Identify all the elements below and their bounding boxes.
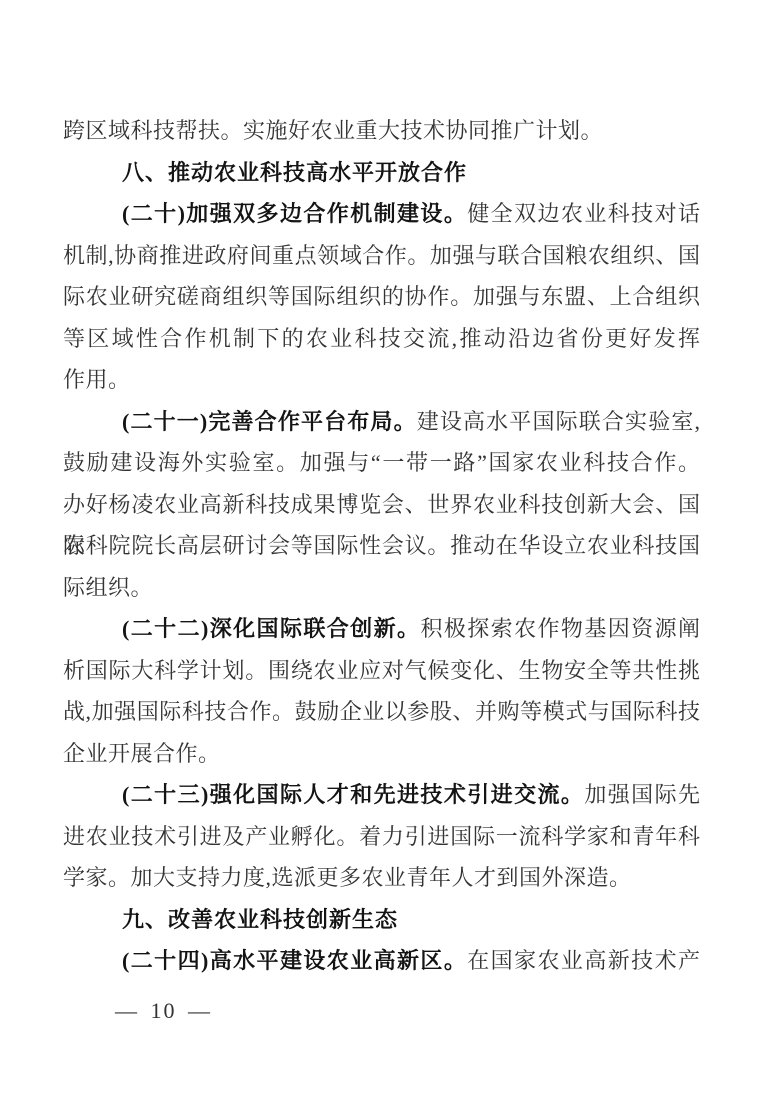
body-line: 跨区域科技帮扶。实施好农业重大技术协同推广计划。: [63, 110, 700, 152]
paragraph-line: (二十二)深化国际联合创新。积极探索农作物基因资源阐: [63, 608, 700, 650]
body-line: 作用。: [63, 359, 700, 401]
page-number-footer: — 10 —: [115, 999, 212, 1023]
body-line: 际农业研究磋商组织等国际组织的协作。加强与东盟、上合组织: [63, 276, 700, 318]
body-line: 机制,协商推进政府间重点领域合作。加强与联合国粮农组织、国: [63, 235, 700, 277]
body-line: 战,加强国际科技合作。鼓励企业以参股、并购等模式与国际科技: [63, 691, 700, 733]
paragraph-line: (二十四)高水平建设农业高新区。在国家农业高新技术产: [63, 940, 700, 982]
paragraph-lead-24: (二十四)高水平建设农业高新区。: [122, 948, 467, 973]
body-line: 企业开展合作。: [63, 733, 700, 775]
body-line: 等区域性合作机制下的农业科技交流,推动沿边省份更好发挥: [63, 318, 700, 360]
paragraph-lead-23: (二十三)强化国际人才和先进技术引进交流。: [122, 782, 584, 807]
body-line: 析国际大科学计划。围绕农业应对气候变化、生物安全等共性挑: [63, 650, 700, 692]
paragraph-line: (二十一)完善合作平台布局。建设高水平国际联合实验室,: [63, 401, 700, 443]
paragraph-line: (二十三)强化国际人才和先进技术引进交流。加强国际先: [63, 774, 700, 816]
paragraph-lead-22: (二十二)深化国际联合创新。: [122, 616, 420, 641]
body-line: 际组织。: [63, 567, 700, 609]
body-line: 办好杨凌农业高新科技成果博览会、世界农业科技创新大会、国际: [63, 484, 700, 526]
body-line: 进农业技术引进及产业孵化。着力引进国际一流科学家和青年科: [63, 816, 700, 858]
body-text: 在国家农业高新技术产: [467, 948, 700, 973]
paragraph-lead-21: (二十一)完善合作平台布局。: [122, 409, 417, 434]
section-heading-9: 九、改善农业科技创新生态: [63, 899, 700, 941]
paragraph-line: (二十)加强双多边合作机制建设。健全双边农业科技对话: [63, 193, 700, 235]
body-text: 健全双边农业科技对话: [467, 201, 700, 226]
document-content: 跨区域科技帮扶。实施好农业重大技术协同推广计划。 八、推动农业科技高水平开放合作…: [63, 110, 700, 982]
section-heading-8: 八、推动农业科技高水平开放合作: [63, 152, 700, 194]
body-text: 积极探索农作物基因资源阐: [420, 616, 700, 641]
paragraph-lead-20: (二十)加强双多边合作机制建设。: [122, 201, 467, 226]
body-line: 学家。加大支持力度,选派更多农业青年人才到国外深造。: [63, 857, 700, 899]
body-line: 鼓励建设海外实验室。加强与“一带一路”国家农业科技合作。: [63, 442, 700, 484]
body-text: 建设高水平国际联合实验室,: [417, 409, 700, 434]
body-text: 加强国际先: [584, 782, 700, 807]
document-page: 跨区域科技帮扶。实施好农业重大技术协同推广计划。 八、推动农业科技高水平开放合作…: [0, 0, 773, 1101]
body-line: 农科院院长高层研讨会等国际性会议。推动在华设立农业科技国: [63, 525, 700, 567]
